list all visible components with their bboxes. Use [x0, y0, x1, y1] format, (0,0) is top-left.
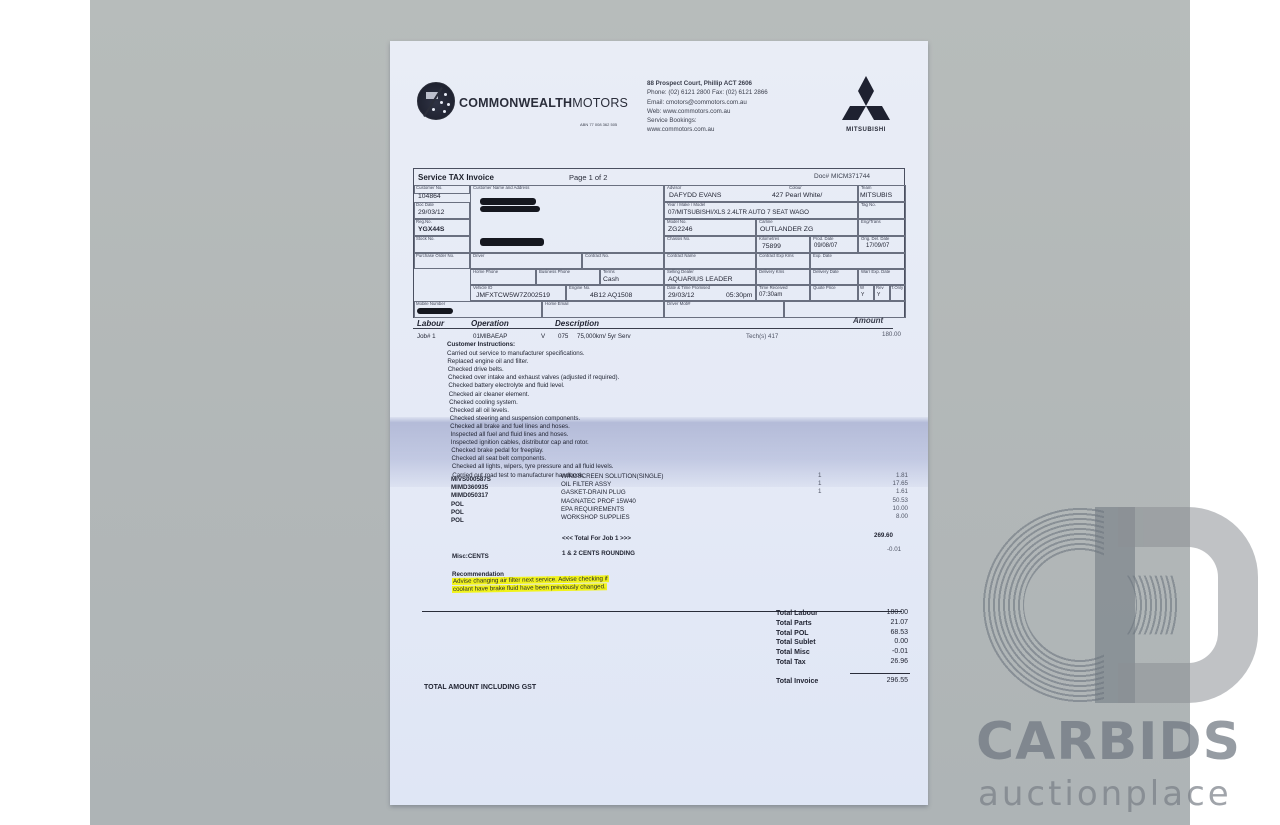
contract-name-label: Contract Name	[667, 253, 696, 258]
part-qty: 1	[818, 472, 821, 479]
instruction-line: Checked steering and suspension componen…	[450, 415, 580, 422]
part-amount: 17.65	[893, 480, 908, 487]
totals-separator	[422, 611, 902, 612]
redacted-address	[480, 206, 540, 212]
customer-no-label: Customer No.	[416, 185, 443, 190]
team: MITSUBIS	[860, 192, 892, 199]
mitsubishi-label: MITSUBISHI	[838, 127, 894, 133]
home-email-label: Home Email	[545, 301, 568, 306]
part-code: POL	[451, 509, 464, 516]
rev-label: Rev	[876, 285, 884, 290]
home-phone-label: Home Phone	[473, 269, 498, 274]
delivery-kms-label: Delivery Kms	[759, 269, 784, 274]
customer-name-label: Customer Name and Address	[473, 185, 529, 190]
instruction-line: Checked brake pedal for freeplay.	[451, 447, 543, 454]
part-amount: 8.00	[896, 513, 908, 520]
part-amount: 50.53	[893, 497, 908, 504]
column-header-rule	[413, 328, 893, 329]
total-invoice: 296.55	[887, 677, 908, 684]
year-make-model: 07/MITSUBISHI/XLS 2.4LTR AUTO 7 SEAT WAG…	[668, 209, 809, 216]
customer-no: 104864	[418, 193, 441, 200]
part-code: MIVS000587S	[451, 476, 491, 483]
purchase-order-label: Purchase Order No.	[416, 253, 454, 258]
recommendation-line-2: coolant have brake fluid have been previ…	[452, 583, 607, 593]
invoice-header-form: Service TAX Invoice Page 1 of 2 Doc# MIC…	[413, 168, 905, 318]
total-including-gst-label: TOTAL AMOUNT INCLUDING GST	[424, 684, 536, 691]
stock-no-label: Stock No.	[416, 236, 435, 241]
team-label: Team	[861, 185, 872, 190]
doc-date-label: Doc Date	[416, 202, 434, 207]
instruction-line: Carried out service to manufacturer spec…	[447, 350, 585, 357]
carline: OUTLANDER ZG	[760, 226, 813, 233]
carbids-b-icon	[1118, 507, 1258, 703]
engine-no-label: Engine No.	[569, 285, 590, 290]
orig-del-date: 17/09/07	[866, 243, 889, 249]
job-code: V	[541, 333, 545, 340]
promised-date: 29/03/12	[668, 292, 694, 299]
part-code: POL	[451, 517, 464, 524]
total-label: Total Labour	[776, 610, 818, 617]
total-value: 68.53	[890, 629, 908, 636]
dealer-name: COMMONWEALTHMOTORS	[459, 96, 628, 110]
total-value: 21.07	[890, 619, 908, 626]
w-value: Y	[861, 292, 864, 298]
prod-date: 09/08/07	[814, 243, 837, 249]
promised-label: Date & Time Promised	[667, 285, 710, 290]
page-indicator: Page 1 of 2	[569, 173, 607, 182]
total-invoice-rule	[850, 673, 910, 674]
total-label: Total Parts	[776, 620, 812, 627]
colour-label: Colour	[789, 185, 802, 190]
driver-mob-label: Driver Mob#	[667, 301, 690, 306]
col-description: Description	[555, 319, 599, 328]
mobile-label: Mobile Number	[416, 301, 445, 306]
part-code: POL	[451, 501, 464, 508]
model-no-label: Model No.	[667, 219, 687, 224]
carline-label: Carline	[759, 219, 773, 224]
total-value: -0.01	[892, 648, 908, 655]
orig-del-label: Orig. Del. Date	[861, 236, 889, 241]
part-description: EPA REQUIREMENTS	[561, 506, 624, 513]
col-labour: Labour	[417, 319, 444, 328]
kilometres: 75899	[762, 243, 781, 250]
part-amount: 10.00	[893, 505, 908, 512]
contract-no-label: Contract No.	[585, 253, 609, 258]
instruction-line: Checked all oil levels.	[449, 407, 509, 414]
misc-amount: -0.01	[887, 546, 901, 553]
part-amount: 1.61	[896, 488, 908, 495]
terms-label: Terms	[603, 269, 615, 274]
job-code2: 075	[558, 333, 568, 340]
warr-exp-label: Warr Exp. Date	[861, 269, 890, 274]
part-qty: 1	[818, 480, 821, 487]
selling-dealer: AQUARIUS LEADER	[668, 276, 733, 283]
job-operation: 01MIBAEAP	[473, 333, 507, 340]
doc-number: Doc# MICM371744	[814, 173, 870, 180]
instruction-line: Checked over intake and exhaust valves (…	[448, 374, 619, 381]
redacted-address-2	[480, 238, 544, 246]
vehicle-id-label: Vehicle ID	[473, 285, 492, 290]
total-label: Total Misc	[776, 649, 810, 656]
exp-date-label: Exp. Date	[813, 253, 832, 258]
t-only-label: T.Only	[891, 285, 903, 290]
job-description: 75,000km/ 5yr Serv	[577, 333, 631, 340]
dealer-address: 88 Prospect Court, Phillip ACT 2606 Phon…	[647, 79, 768, 135]
doc-date: 29/03/12	[418, 209, 444, 216]
job-amount: 180.00	[882, 331, 901, 338]
kilometres-label: Kilometres	[759, 236, 779, 241]
prod-date-label: Prod. Date	[813, 236, 834, 241]
part-description: WORKSHOP SUPPLIES	[561, 514, 630, 521]
rev-value: Y	[877, 292, 880, 298]
promised-time: 05:30pm	[726, 292, 752, 299]
reg-no: YGX44S	[418, 226, 444, 233]
business-phone-label: Business Phone	[539, 269, 570, 274]
time-received: 07:30am	[759, 292, 782, 298]
reg-no-label: Reg.No.	[416, 219, 432, 224]
instruction-line: Checked battery electrolyte and fluid le…	[448, 382, 564, 389]
part-description: GASKET-DRAIN PLUG	[561, 489, 626, 496]
part-description: OIL FILTER ASSY	[561, 481, 611, 488]
instruction-line: Checked all lights, wipers, tyre pressur…	[452, 463, 614, 470]
total-value: 0.00	[894, 638, 908, 645]
instruction-line: Checked all brake and fuel lines and hos…	[450, 423, 570, 430]
misc-description: 1 & 2 CENTS ROUNDING	[562, 550, 635, 557]
invoice-title: Service TAX Invoice	[418, 173, 494, 182]
advisor: DAFYDD EVANS	[669, 192, 721, 199]
instruction-line: Checked all seat belt components.	[452, 455, 547, 462]
instruction-line: Checked drive belts.	[448, 366, 504, 373]
tag-label: Tag No.	[861, 202, 876, 207]
part-description: WINDSCREEN SOLUTION(SINGLE)	[561, 473, 663, 480]
quote-price-label: Quote Price	[813, 285, 836, 290]
job-total: 269.60	[874, 532, 893, 539]
job-total-label: <<< Total For Job 1 >>>	[562, 535, 631, 542]
driver-label: Driver	[473, 253, 484, 258]
advisor-label: Advisor	[667, 185, 681, 190]
total-label: Total Tax	[776, 659, 806, 666]
commonwealth-motors-logo-icon	[417, 82, 455, 120]
instruction-line: Replaced engine oil and filter.	[447, 358, 528, 365]
service-invoice-document: COMMONWEALTHMOTORS ABN 77 008 362 505 88…	[390, 41, 928, 805]
colour: 427 Pearl White/	[772, 192, 822, 199]
total-label: Total POL	[776, 630, 809, 637]
total-label: Total Sublet	[776, 639, 816, 646]
engine-no: 4B12 AQ1508	[590, 292, 632, 299]
job-number: Job# 1	[417, 333, 436, 340]
instruction-line: Inspected ignition cables, distributor c…	[451, 439, 589, 446]
part-amount: 1.81	[896, 472, 908, 479]
terms: Cash	[603, 276, 619, 283]
instruction-line: Inspected all fuel and fluid lines and h…	[451, 431, 569, 438]
instruction-line: Checked cooling system.	[449, 399, 518, 406]
part-qty: 1	[818, 488, 821, 495]
col-amount: Amount	[853, 316, 883, 325]
model-no: ZG2246	[668, 226, 693, 233]
total-value: 180.00	[887, 609, 908, 616]
selling-dealer-label: Selling Dealer	[667, 269, 694, 274]
delivery-date-label: Delivery Date	[813, 269, 839, 274]
redacted-mobile	[417, 308, 453, 314]
contract-exp-label: Contract Exp Kms	[759, 253, 794, 258]
dealer-abn: ABN 77 008 362 505	[580, 122, 617, 127]
chassis-label: Chassis No.	[667, 236, 690, 241]
part-description: MAGNATEC PROF 15W40	[561, 498, 636, 505]
col-operation: Operation	[471, 319, 509, 328]
instruction-line: Checked air cleaner element.	[449, 391, 529, 398]
year-make-model-label: Year / Make / Model	[667, 202, 705, 207]
job-tech: Tech(s) 417	[746, 333, 778, 340]
part-code: MIMD360935	[451, 484, 488, 491]
total-value: 26.96	[890, 658, 908, 665]
total-invoice-label: Total Invoice	[776, 678, 818, 685]
w-label: W	[860, 285, 864, 290]
instructions-heading: Customer Instructions:	[447, 341, 515, 348]
eng-trans-label: Eng/Trans	[861, 219, 881, 224]
time-received-label: Time Received	[759, 285, 788, 290]
misc-code: Misc:CENTS	[452, 553, 489, 560]
part-code: MIMD050317	[451, 492, 488, 499]
redacted-name	[480, 198, 536, 205]
vehicle-id: JMFXTCW5W7Z002519	[476, 292, 550, 299]
